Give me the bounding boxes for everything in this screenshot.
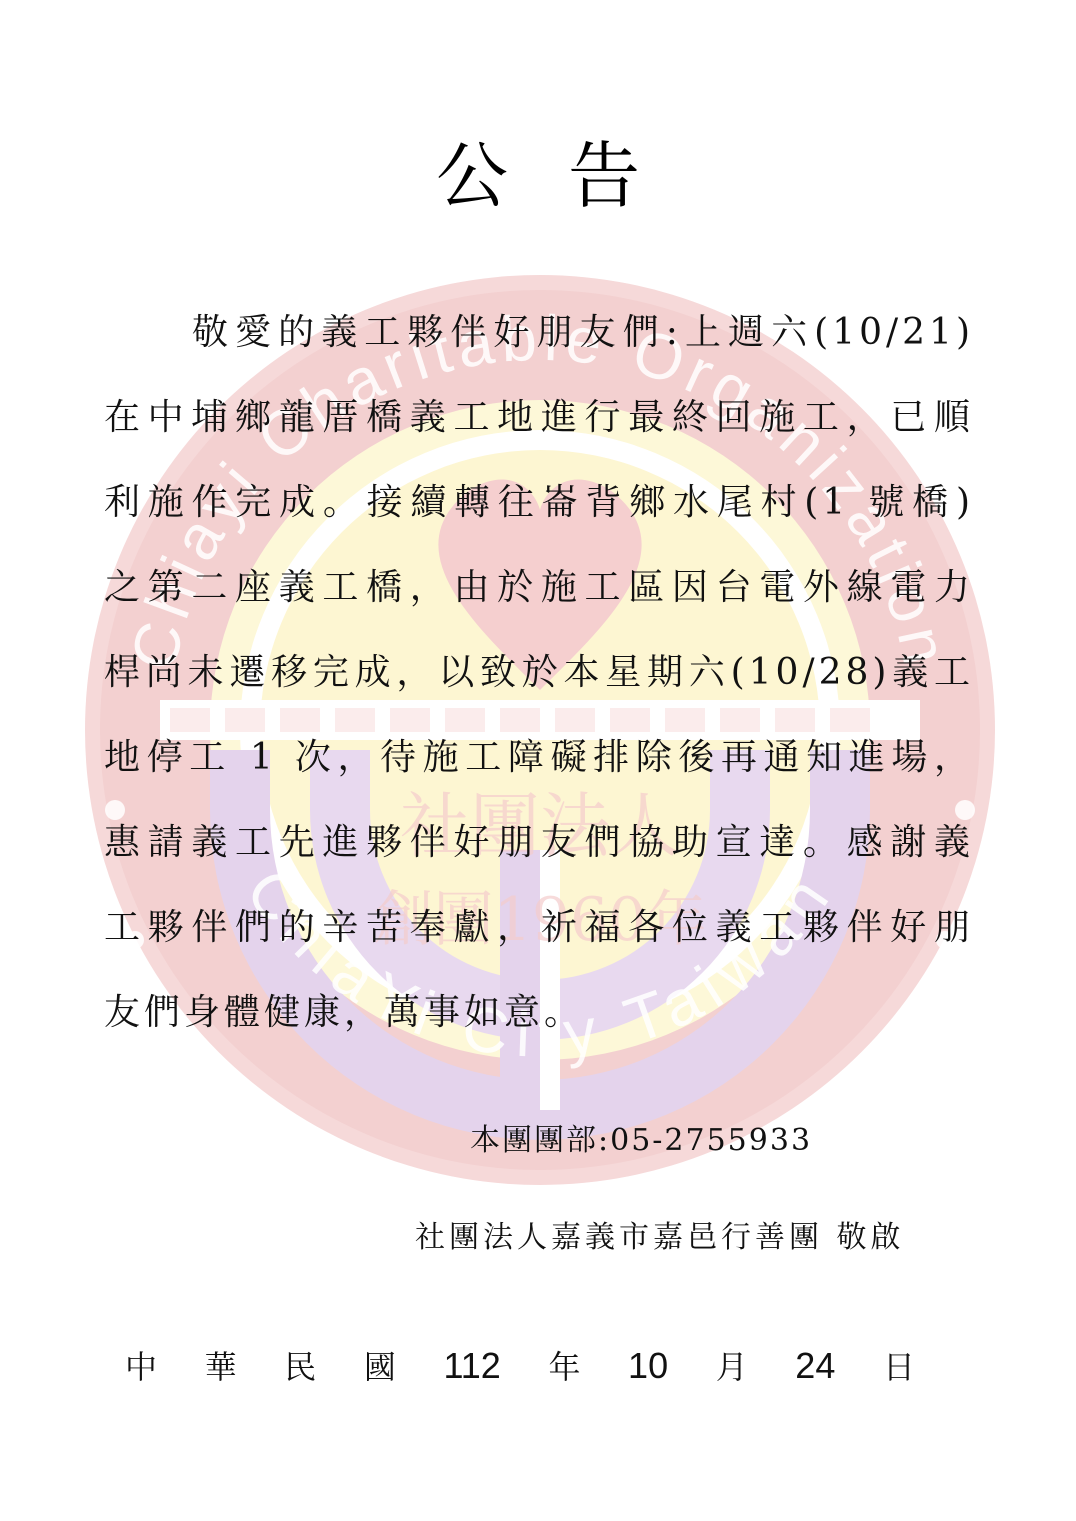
body-line: 利施作完成。接續轉往崙背鄉水尾村(1 號橋) (104, 460, 974, 545)
body-line: 地停工 1 次，待施工障礙排除後再通知進場， (104, 715, 974, 800)
page-title: 公告 (0, 118, 1076, 222)
date-era-char: 華 (205, 1342, 237, 1388)
body-line: 惠請義工先進夥伴好朋友們協助宣達。感謝義 (104, 800, 974, 885)
body-line: 之第二座義工橋，由於施工區因台電外線電力 (104, 545, 974, 630)
signature: 社團法人嘉義市嘉邑行善團 敬啟 (415, 1212, 905, 1256)
body-line: 桿尚未遷移完成，以致於本星期六(10/28)義工 (104, 630, 974, 715)
date-era-char: 中 (125, 1342, 157, 1388)
date-year-label: 年 (548, 1342, 580, 1388)
date-era-char: 國 (364, 1342, 396, 1388)
notice-body: 敬愛的義工夥伴好朋友們:上週六(10/21) 在中埔鄉龍厝橋義工地進行最終回施工… (104, 290, 974, 1055)
date-month-label: 月 (716, 1342, 748, 1388)
date-line: 中 華 民 國 112 年 10 月 24 日 (125, 1342, 915, 1388)
body-line: 在中埔鄉龍厝橋義工地進行最終回施工，已順 (104, 375, 974, 460)
notice-page: 公告 敬愛的義工夥伴好朋友們:上週六(10/21) 在中埔鄉龍厝橋義工地進行最終… (0, 0, 1076, 1521)
date-era-char: 民 (284, 1342, 316, 1388)
body-line: 友們身體健康，萬事如意。 (104, 970, 974, 1055)
body-line: 工夥伴們的辛苦奉獻，祈福各位義工夥伴好朋 (104, 885, 974, 970)
body-line: 敬愛的義工夥伴好朋友們:上週六(10/21) (104, 290, 974, 375)
date-day-label: 日 (883, 1342, 915, 1388)
date-month: 10 (628, 1345, 668, 1387)
contact-phone: 本團團部:05-2755933 (470, 1115, 812, 1159)
date-day: 24 (795, 1345, 835, 1387)
date-year: 112 (443, 1345, 500, 1387)
